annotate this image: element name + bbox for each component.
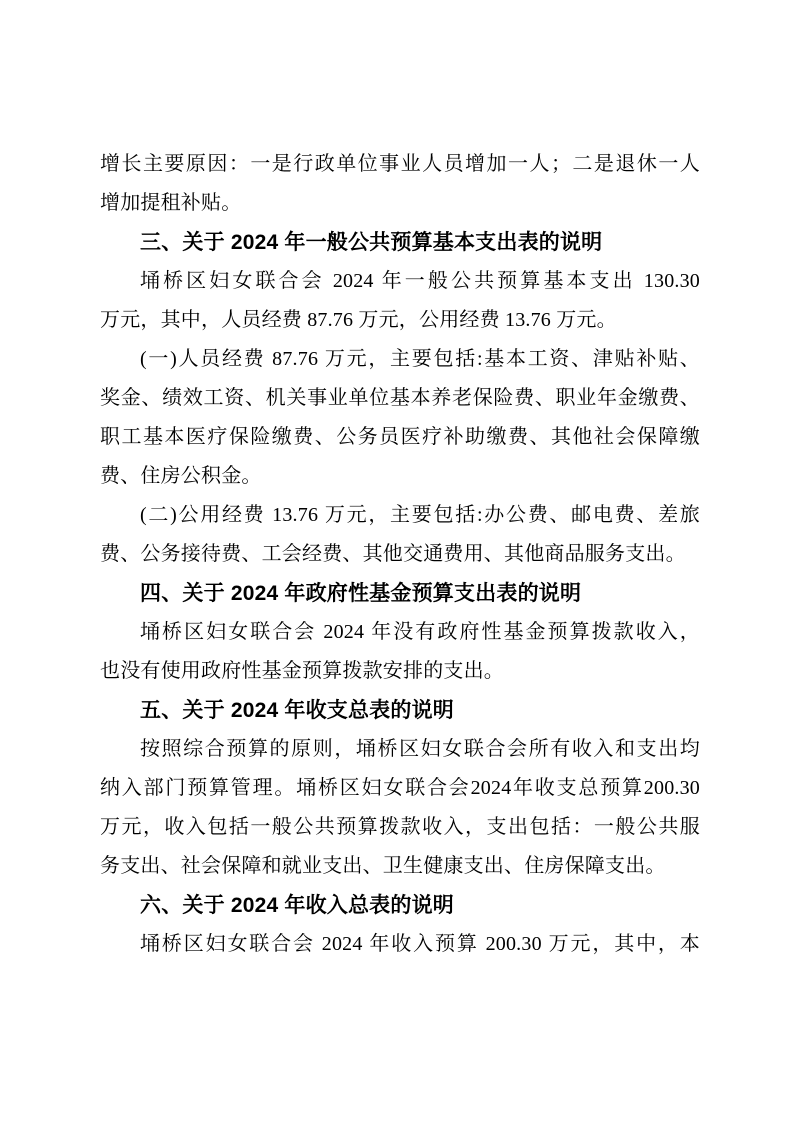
document-page: 增长主要原因：一是行政单位事业人员增加一人；二是退休一人增加提租补贴。三、关于 …: [0, 0, 793, 1122]
text-line: 职工基本医疗保险缴费、公务员医疗补助缴费、其他社会保障缴: [100, 418, 700, 457]
section-heading: 五、关于 2024 年收支总表的说明: [100, 691, 700, 730]
text-line: 埇桥区妇女联合会 2024 年收入预算 200.30 万元，其中，本: [100, 925, 700, 964]
text-line: 费、住房公积金。: [100, 457, 700, 496]
text-line: (一)人员经费 87.76 万元，主要包括:基本工资、津贴补贴、: [100, 340, 700, 379]
section-heading: 六、关于 2024 年收入总表的说明: [100, 886, 700, 925]
text-line: 万元，收入包括一般公共预算拨款收入，支出包括：一般公共服: [100, 808, 700, 847]
text-line: 务支出、社会保障和就业支出、卫生健康支出、住房保障支出。: [100, 847, 700, 886]
text-line: 万元，其中，人员经费 87.76 万元，公用经费 13.76 万元。: [100, 301, 700, 340]
text-line: 纳入部门预算管理。埇桥区妇女联合会2024年收支总预算200.30: [100, 769, 700, 808]
text-line: 埇桥区妇女联合会 2024 年没有政府性基金预算拨款收入，: [100, 613, 700, 652]
text-line: (二)公用经费 13.76 万元，主要包括:办公费、邮电费、差旅: [100, 496, 700, 535]
section-heading: 三、关于 2024 年一般公共预算基本支出表的说明: [100, 223, 700, 262]
text-line: 也没有使用政府性基金预算拨款安排的支出。: [100, 652, 700, 691]
text-line: 埇桥区妇女联合会 2024 年一般公共预算基本支出 130.30: [100, 262, 700, 301]
text-line: 奖金、绩效工资、机关事业单位基本养老保险费、职业年金缴费、: [100, 379, 700, 418]
text-line: 按照综合预算的原则，埇桥区妇女联合会所有收入和支出均: [100, 730, 700, 769]
text-line: 增加提租补贴。: [100, 184, 700, 223]
section-heading: 四、关于 2024 年政府性基金预算支出表的说明: [100, 574, 700, 613]
document-content: 增长主要原因：一是行政单位事业人员增加一人；二是退休一人增加提租补贴。三、关于 …: [100, 145, 700, 964]
text-line: 费、公务接待费、工会经费、其他交通费用、其他商品服务支出。: [100, 535, 700, 574]
text-line: 增长主要原因：一是行政单位事业人员增加一人；二是退休一人: [100, 145, 700, 184]
